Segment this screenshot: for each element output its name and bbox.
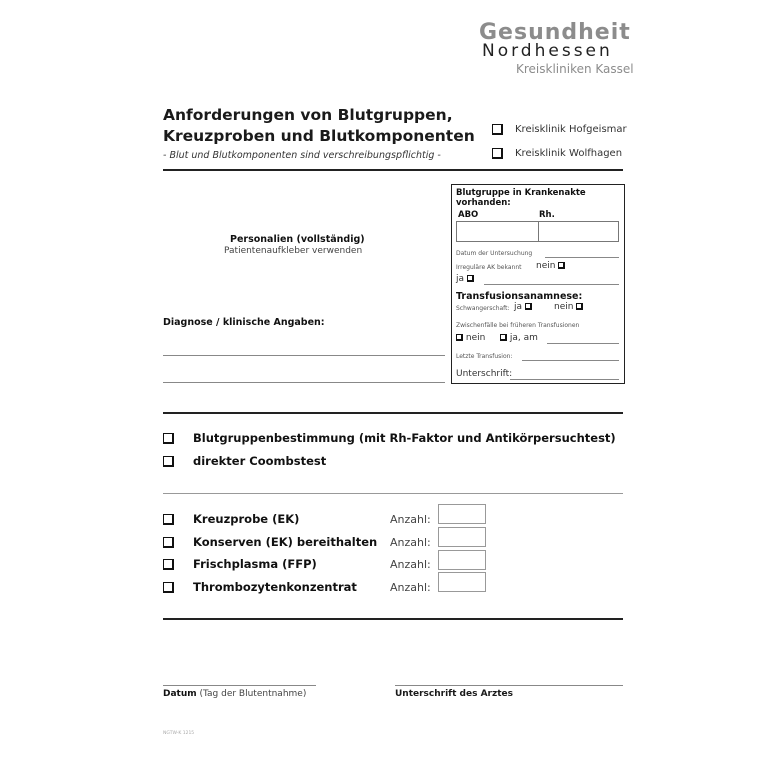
pregnancy-nein[interactable]: nein <box>554 302 583 312</box>
irregular-ak-nein[interactable]: nein <box>536 261 565 271</box>
divider <box>163 493 623 494</box>
diagnosis-line-1[interactable] <box>163 355 445 356</box>
bloodgroup-heading-1: Blutgruppe in Krankenakte <box>456 188 586 198</box>
bloodgroup-fields <box>456 221 619 242</box>
form-title-line1: Anforderungen von Blutgruppen, <box>163 105 475 126</box>
product-option-konserven[interactable]: Konserven (EK) bereithalten <box>163 535 377 549</box>
checkbox-icon[interactable] <box>163 433 174 444</box>
count-label: Anzahl: <box>390 536 431 549</box>
ja-label: ja <box>456 274 464 284</box>
nein-label: nein <box>536 261 555 271</box>
last-transfusion-field[interactable] <box>522 360 619 361</box>
test-label: direkter Coombstest <box>193 454 326 468</box>
count-label: Anzahl: <box>390 513 431 526</box>
pregnancy-label: Schwangerschaft: <box>456 305 510 312</box>
product-label: Frischplasma (FFP) <box>193 557 317 571</box>
date-label-bold: Datum <box>163 689 197 699</box>
bloodgroup-box: Blutgruppe in Krankenakte vorhanden: ABO… <box>451 184 625 384</box>
irregular-ak-detail-field[interactable] <box>484 284 619 285</box>
transfusion-heading: Transfusionsanamnese: <box>456 291 582 302</box>
checkbox-icon[interactable] <box>163 514 174 525</box>
count-label: Anzahl: <box>390 581 431 594</box>
checkbox-icon[interactable] <box>456 334 463 341</box>
checkbox-icon[interactable] <box>576 303 583 310</box>
doctor-signature-label: Unterschrift des Arztes <box>395 689 513 699</box>
incidents-date-field[interactable] <box>547 343 619 344</box>
test-option-coombstest[interactable]: direkter Coombstest <box>163 454 326 468</box>
product-label: Thrombozytenkonzentrat <box>193 580 357 594</box>
form-title-line2: Kreuzproben und Blutkomponenten <box>163 126 475 147</box>
clinic-label: Kreisklinik Wolfhagen <box>515 148 622 159</box>
form-subtitle: - Blut und Blutkomponenten sind verschre… <box>163 150 441 161</box>
checkbox-icon[interactable] <box>163 456 174 467</box>
abo-field[interactable] <box>457 222 539 241</box>
form-code: NGTW-K 1215 <box>163 731 194 736</box>
checkbox-icon[interactable] <box>492 124 503 135</box>
box-signature-label: Unterschrift: <box>456 369 512 379</box>
clinic-option-wolfhagen[interactable]: Kreisklinik Wolfhagen <box>492 148 622 159</box>
product-option-frischplasma[interactable]: Frischplasma (FFP) <box>163 557 317 571</box>
ja-label: ja <box>514 302 522 312</box>
incidents-ja[interactable]: ja, am <box>500 333 538 343</box>
rh-column-label: Rh. <box>539 210 555 220</box>
irregular-ak-label: Irreguläre AK bekannt <box>456 264 522 271</box>
test-label: Blutgruppenbestimmung (mit Rh-Faktor und… <box>193 431 616 445</box>
test-option-blutgruppe[interactable]: Blutgruppenbestimmung (mit Rh-Faktor und… <box>163 431 616 445</box>
nein-label: nein <box>466 333 485 343</box>
checkbox-icon[interactable] <box>492 148 503 159</box>
date-label: Datum (Tag der Blutentnahme) <box>163 689 306 699</box>
date-label-hint: (Tag der Blutentnahme) <box>197 689 307 699</box>
bloodgroup-heading-2: vorhanden: <box>456 198 511 208</box>
checkbox-icon[interactable] <box>163 559 174 570</box>
irregular-ak-ja[interactable]: ja <box>456 274 474 284</box>
count-label: Anzahl: <box>390 558 431 571</box>
divider <box>163 169 623 171</box>
personalien-hint: Patientenaufkleber verwenden <box>224 246 362 256</box>
pregnancy-ja[interactable]: ja <box>514 302 532 312</box>
incidents-nein[interactable]: nein <box>456 333 485 343</box>
clinic-option-hofgeismar[interactable]: Kreisklinik Hofgeismar <box>492 124 627 135</box>
checkbox-icon[interactable] <box>467 275 474 282</box>
exam-date-label: Datum der Untersuchung <box>456 250 532 257</box>
logo-kreiskliniken: Kreiskliniken Kassel <box>516 62 634 76</box>
logo-nordhessen: Nordhessen <box>482 41 613 61</box>
doctor-signature-field[interactable] <box>395 685 623 686</box>
ja-am-label: ja, am <box>510 333 538 343</box>
date-field[interactable] <box>163 685 316 686</box>
clinic-label: Kreisklinik Hofgeismar <box>515 124 627 135</box>
personalien-heading: Personalien (vollständig) <box>230 234 365 245</box>
count-field-kreuzprobe[interactable] <box>438 504 486 524</box>
divider <box>163 618 623 620</box>
rh-field[interactable] <box>539 222 618 241</box>
nein-label: nein <box>554 302 573 312</box>
checkbox-icon[interactable] <box>558 262 565 269</box>
count-field-frischplasma[interactable] <box>438 550 486 570</box>
count-field-thrombozyten[interactable] <box>438 572 486 592</box>
count-field-konserven[interactable] <box>438 527 486 547</box>
checkbox-icon[interactable] <box>163 582 174 593</box>
checkbox-icon[interactable] <box>500 334 507 341</box>
form-title: Anforderungen von Blutgruppen, Kreuzprob… <box>163 105 475 147</box>
divider <box>163 412 623 414</box>
exam-date-field[interactable] <box>545 257 619 258</box>
checkbox-icon[interactable] <box>525 303 532 310</box>
checkbox-icon[interactable] <box>163 537 174 548</box>
product-label: Konserven (EK) bereithalten <box>193 535 377 549</box>
product-option-kreuzprobe[interactable]: Kreuzprobe (EK) <box>163 512 299 526</box>
product-label: Kreuzprobe (EK) <box>193 512 299 526</box>
diagnosis-line-2[interactable] <box>163 382 445 383</box>
box-signature-field[interactable] <box>510 379 619 380</box>
product-option-thrombozyten[interactable]: Thrombozytenkonzentrat <box>163 580 357 594</box>
last-transfusion-label: Letzte Transfusion: <box>456 353 512 360</box>
abo-column-label: ABO <box>458 210 478 220</box>
diagnosis-label: Diagnose / klinische Angaben: <box>163 317 325 328</box>
incidents-label: Zwischenfälle bei früheren Transfusionen <box>456 322 579 329</box>
